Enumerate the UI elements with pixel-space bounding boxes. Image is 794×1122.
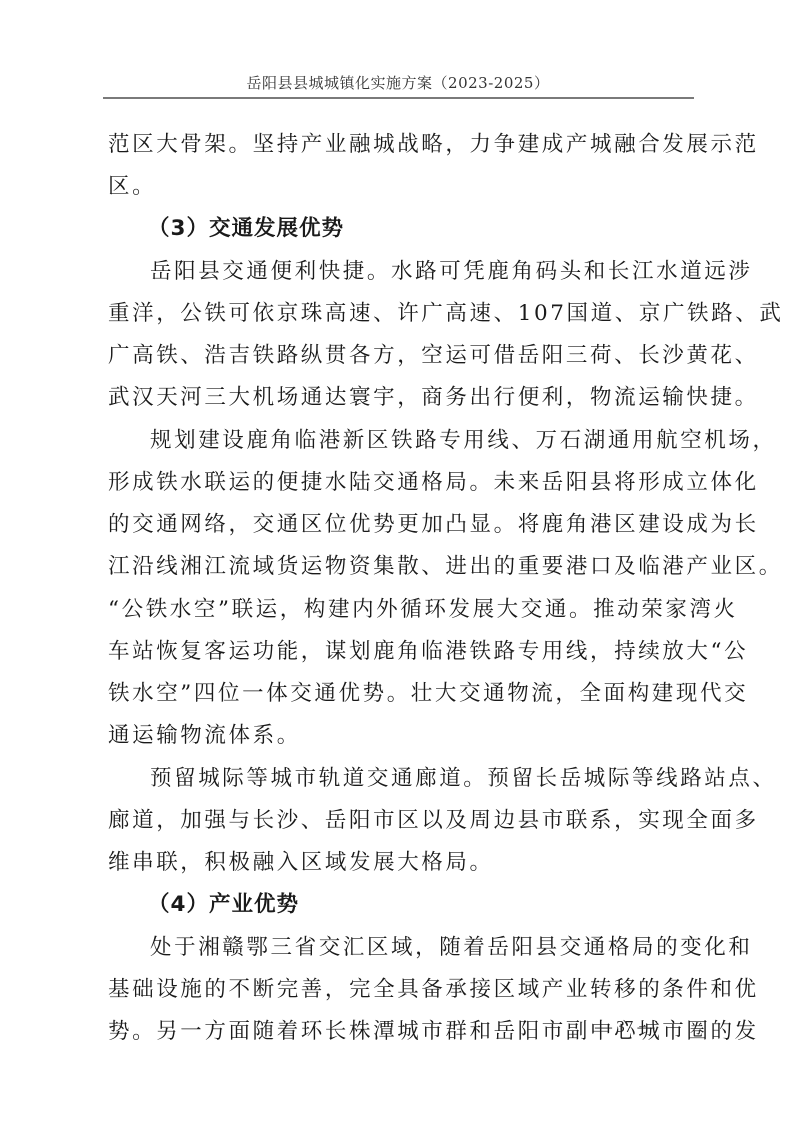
header-divider — [103, 97, 694, 99]
paragraph-line: 重洋，公铁可依京珠高速、许广高速、107国道、京广铁路、武 — [108, 303, 783, 325]
paragraph-line: 规划建设鹿角临港新区铁路专用线、万石湖通用航空机场， — [150, 430, 777, 452]
paragraph-line: 势。另一方面随着环长株潭城市群和岳阳市副中心城市圈的发 — [108, 1021, 759, 1043]
paragraph-line: 通运输物流体系。 — [108, 725, 301, 747]
paragraph-line: 的交通网络，交通区位优势更加凸显。将鹿角港区建设成为长 — [108, 514, 759, 536]
section-heading: （3）交通发展优势 — [148, 218, 344, 240]
paragraph-line: 铁水空”四位一体交通优势。壮大交通物流，全面构建现代交 — [108, 683, 748, 705]
paragraph-line: 江沿线湘江流域货运物资集散、进出的重要港口及临港产业区。 — [108, 556, 783, 578]
paragraph-line: 基础设施的不断完善，完全具备承接区域产业转移的条件和优 — [108, 979, 759, 1001]
paragraph-line: 车站恢复客运功能，谋划鹿角临港铁路专用线，持续放大“公 — [108, 641, 748, 663]
paragraph-line: 处于湘赣鄂三省交汇区域，随着岳阳县交通格局的变化和 — [150, 937, 753, 959]
paragraph-line: 预留城际等城市轨道交通廊道。预留长岳城际等线路站点、 — [150, 768, 777, 790]
paragraph-line: 武汉天河三大机场通达寰宇，商务出行便利，物流运输快捷。 — [108, 387, 759, 409]
paragraph-line: 维串联，积极融入区域发展大格局。 — [108, 852, 494, 874]
paragraph-line: 形成铁水联运的便捷水陆交通格局。未来岳阳县将形成立体化 — [108, 472, 759, 494]
paragraph-line: “公铁水空”联运，构建内外循环发展大交通。推动荣家湾火 — [108, 599, 738, 621]
paragraph-line: 广高铁、浩吉铁路纵贯各方，空运可借岳阳三荷、长沙黄花、 — [108, 345, 759, 367]
section-heading: （4）产业优势 — [148, 894, 299, 916]
paragraph-line: 区。 — [108, 176, 156, 198]
page-number: — 37 — — [595, 1017, 655, 1037]
paragraph-line: 廊道，加强与长沙、岳阳市区以及周边县市联系，实现全面多 — [108, 810, 759, 832]
paragraph-line: 岳阳县交通便利快捷。水路可凭鹿角码头和长江水道远涉 — [150, 261, 753, 283]
paragraph-line: 范区大骨架。坚持产业融城战略，力争建成产城融合发展示范 — [108, 134, 759, 156]
running-header: 岳阳县县城城镇化实施方案（2023-2025） — [103, 72, 693, 93]
